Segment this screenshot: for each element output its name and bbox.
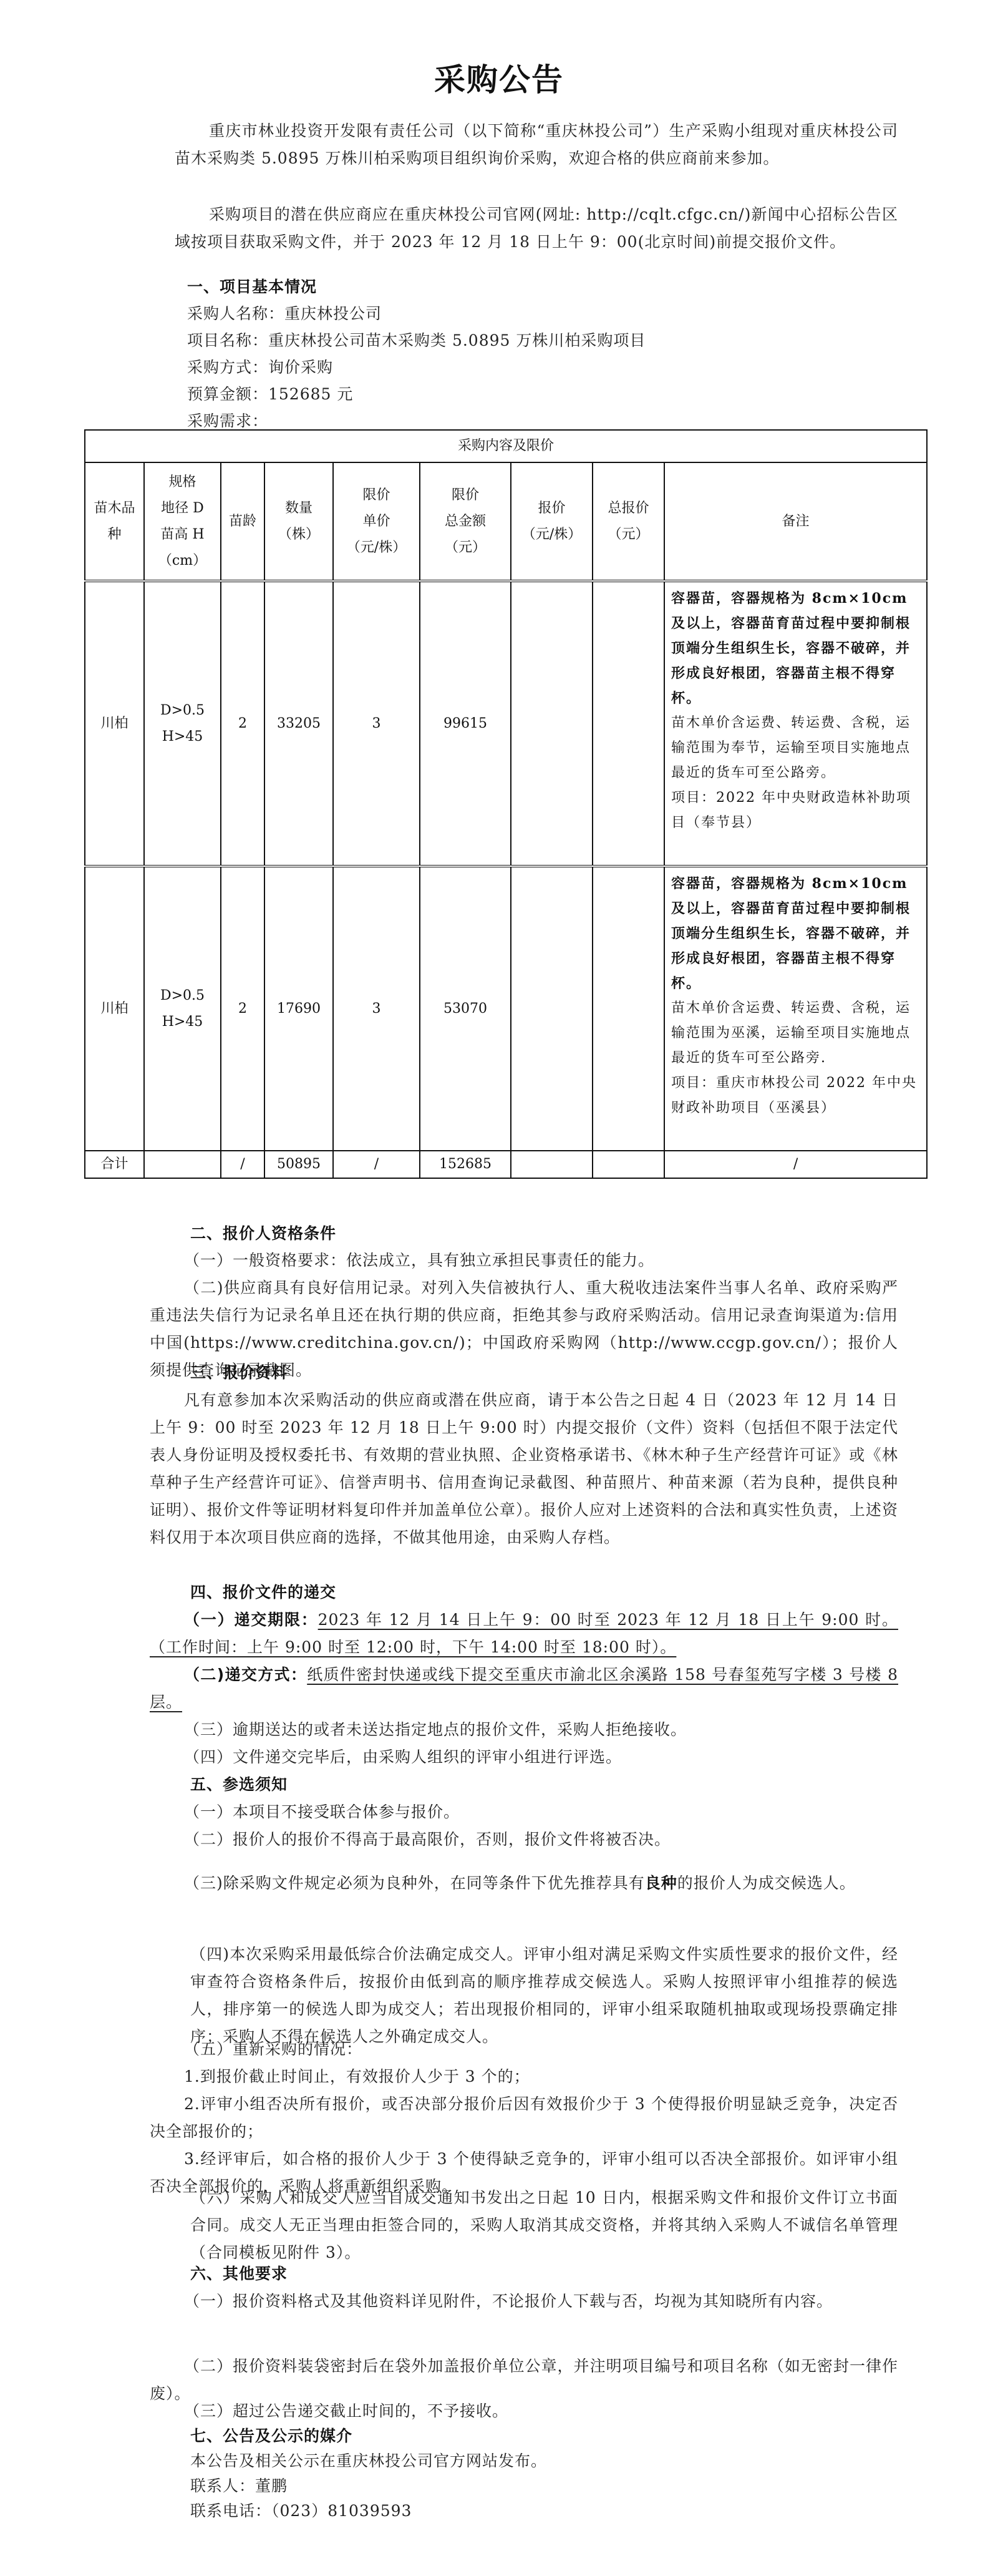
contact-person: 联系人：董鹏	[190, 2472, 288, 2500]
section-5-item-3: （三)除采购文件规定必须为良种外，在同等条件下优先推荐具有良种的报价人为成交候选…	[150, 1860, 898, 1907]
procurement-table: 采购内容及限价 苗木品种 规格地径 D 苗高 H（cm） 苗龄 数量（株） 限价…	[84, 429, 928, 1179]
cell-limit-total: 53070	[420, 866, 511, 1151]
section-2-item-1: （一）一般资格要求：依法成立，具有独立承担民事责任的能力。	[150, 1247, 898, 1274]
table-row: 川柏 D>0.5H>45 2 17690 3 53070 容器苗，容器规格为 8…	[85, 866, 927, 1151]
section-1-heading: 一、项目基本情况	[187, 273, 317, 301]
page-title: 采购公告	[0, 55, 998, 100]
intro-paragraph-2: 采购项目的潜在供应商应在重庆林投公司官网(网址: http://cqlt.cfg…	[175, 201, 898, 256]
total-age: /	[221, 1151, 264, 1178]
cell-remark: 容器苗，容器规格为 8cm×10cm 及以上，容器苗育苗过程中要抑制根顶端分生组…	[664, 866, 927, 1151]
total-spec	[144, 1151, 221, 1178]
col-header-quantity: 数量（株）	[264, 462, 333, 581]
section-5-item-5: （五）重新采购的情况：	[150, 2036, 898, 2063]
intro-paragraph-1: 重庆市林业投资开发限有责任公司（以下简称“重庆林投公司”）生产采购小组现对重庆林…	[175, 117, 898, 172]
col-header-remark: 备注	[664, 462, 927, 581]
col-header-total-quote: 总报价（元）	[593, 462, 664, 581]
table-total-row: 合计 / 50895 / 152685 /	[85, 1151, 927, 1178]
section-5-item-5-2: 2.评审小组否决所有报价，或否决部分报价后因有效报价少于 3 个使得报价明显缺乏…	[150, 2091, 898, 2145]
section-2-heading: 二、报价人资格条件	[190, 1220, 336, 1247]
purchaser-name: 采购人名称：重庆林投公司	[187, 300, 382, 328]
section-7-heading: 七、公告及公示的媒介	[190, 2422, 352, 2450]
cell-variety: 川柏	[85, 581, 144, 866]
section-5-item-5-1: 1.到报价截止时间止，有效报价人少于 3 个的；	[150, 2063, 898, 2091]
section-4-item-3: （三）逾期送达的或者未送达指定地点的报价文件，采购人拒绝接收。	[150, 1716, 898, 1744]
section-6-item-3: （三）超过公告递交截止时间的，不予接收。	[150, 2398, 898, 2425]
total-total-quote	[593, 1151, 664, 1178]
cell-spec: D>0.5H>45	[144, 866, 221, 1151]
section-4-heading: 四、报价文件的递交	[190, 1579, 336, 1606]
col-header-variety: 苗木品种	[85, 462, 144, 581]
project-name: 项目名称：重庆林投公司苗木采购类 5.0895 万株川柏采购项目	[187, 327, 646, 354]
cell-limit-unit-price: 3	[333, 581, 420, 866]
cell-quantity: 33205	[264, 581, 333, 866]
table-caption: 采购内容及限价	[85, 430, 927, 462]
cell-age: 2	[221, 581, 264, 866]
cell-quote	[511, 866, 593, 1151]
section-5-item-2: （二）报价人的报价不得高于最高限价，否则，报价文件将被否决。	[150, 1826, 898, 1853]
cell-limit-total: 99615	[420, 581, 511, 866]
section-4-item-2: （二)递交方式：纸质件密封快递或线下提交至重庆市渝北区余溪路 158 号春玺苑写…	[150, 1661, 898, 1716]
cell-spec: D>0.5H>45	[144, 581, 221, 866]
table-row: 川柏 D>0.5H>45 2 33205 3 99615 容器苗，容器规格为 8…	[85, 581, 927, 866]
col-header-limit-total: 限价总金额（元）	[420, 462, 511, 581]
total-limit-total: 152685	[420, 1151, 511, 1178]
section-3-heading: 三、报价资料	[190, 1359, 288, 1387]
cell-quantity: 17690	[264, 866, 333, 1151]
cell-total-quote	[593, 581, 664, 866]
total-quantity: 50895	[264, 1151, 333, 1178]
section-3-paragraph: 凡有意参加本次采购活动的供应商或潜在供应商，请于本公告之日起 4 日（2023 …	[150, 1387, 898, 1551]
section-6-item-1: （一）报价资料格式及其他资料详见附件，不论报价人下载与否，均视为其知晓所有内容。	[150, 2288, 898, 2315]
col-header-quote: 报价（元/株）	[511, 462, 593, 581]
publication-media: 本公告及相关公示在重庆林投公司官方网站发布。	[190, 2447, 547, 2475]
procurement-method: 采购方式：询价采购	[187, 354, 333, 381]
cell-total-quote	[593, 866, 664, 1151]
total-quote	[511, 1151, 593, 1178]
cell-remark: 容器苗，容器规格为 8cm×10cm 及以上，容器苗育苗过程中要抑制根顶端分生组…	[664, 581, 927, 866]
section-6-heading: 六、其他要求	[190, 2260, 288, 2288]
cell-quote	[511, 581, 593, 866]
section-4-item-4: （四）文件递交完毕后，由采购人组织的评审小组进行评选。	[150, 1744, 898, 1771]
total-label: 合计	[85, 1151, 144, 1178]
section-5-item-4: （四)本次采购采用最低综合价法确定成交人。评审小组对满足采购文件实质性要求的报价…	[190, 1941, 898, 2051]
section-4-item-1: （一）递交期限：2023 年 12 月 14 日上午 9：00 时至 2023 …	[150, 1606, 898, 1661]
section-5-heading: 五、参选须知	[190, 1771, 288, 1798]
col-header-limit-unit-price: 限价单价（元/株）	[333, 462, 420, 581]
contact-phone: 联系电话：（023）81039593	[190, 2497, 412, 2525]
section-5-item-6: （六）采购人和成交人应当自成交通知书发出之日起 10 日内，根据采购文件和报价文…	[190, 2184, 898, 2266]
total-limit-unit: /	[333, 1151, 420, 1178]
cell-limit-unit-price: 3	[333, 866, 420, 1151]
total-remark: /	[664, 1151, 927, 1178]
budget-amount: 预算金额：152685 元	[187, 381, 353, 408]
col-header-spec: 规格地径 D 苗高 H（cm）	[144, 462, 221, 581]
col-header-age: 苗龄	[221, 462, 264, 581]
cell-age: 2	[221, 866, 264, 1151]
cell-variety: 川柏	[85, 866, 144, 1151]
section-5-item-1: （一）本项目不接受联合体参与报价。	[150, 1798, 898, 1826]
